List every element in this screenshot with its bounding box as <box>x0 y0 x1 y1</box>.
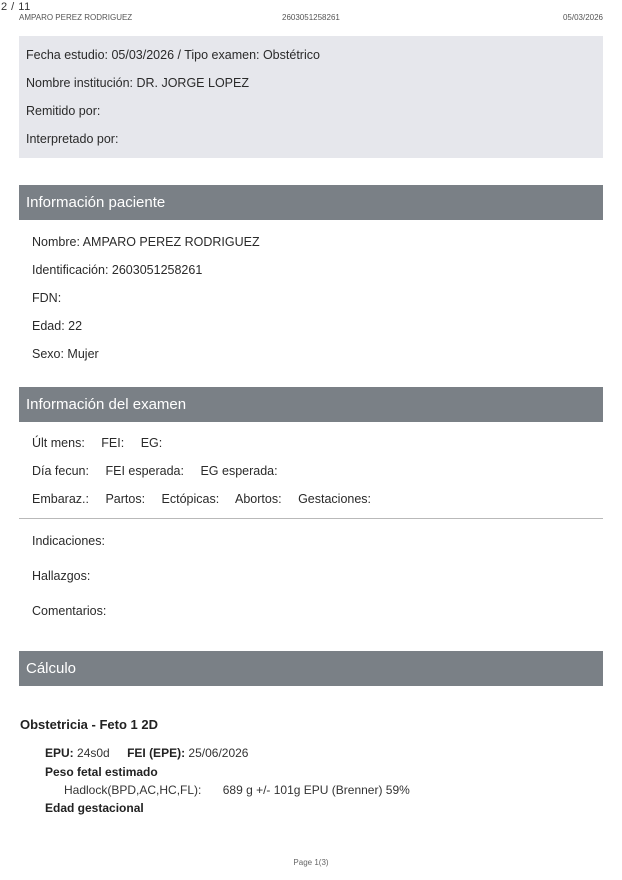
page-counter: 2 / 11 <box>1 1 31 13</box>
header-patient-name: AMPARO PEREZ RODRIGUEZ <box>19 13 132 22</box>
patient-id: Identificación: 2603051258261 <box>32 263 202 277</box>
study-summary-box: Fecha estudio: 05/03/2026 / Tipo examen:… <box>19 36 603 158</box>
study-date-type: Fecha estudio: 05/03/2026 / Tipo examen:… <box>26 48 320 62</box>
field-abortos: Abortos: <box>235 492 282 506</box>
field-dia-fecun: Día fecun: <box>32 464 89 478</box>
field-ectopicas: Ectópicas: <box>162 492 220 506</box>
edad-gestacional-heading: Edad gestacional <box>45 801 144 815</box>
exam-row-fecundation: Día fecun: FEI esperada: EG esperada: <box>32 464 291 478</box>
section-header-exam-info: Información del examen <box>19 387 603 422</box>
field-indicaciones: Indicaciones: <box>32 534 105 548</box>
exam-row-obstetric-history: Embaraz.: Partos: Ectópicas: Abortos: Ge… <box>32 492 384 506</box>
patient-age: Edad: 22 <box>32 319 82 333</box>
peso-heading-text: Peso fetal estimado <box>45 765 158 779</box>
fei-epe-label: FEI (EPE): <box>127 746 185 760</box>
header-patient-id: 2603051258261 <box>282 13 340 22</box>
section-header-calculo: Cálculo <box>19 651 603 686</box>
fei-epe-value: 25/06/2026 <box>188 746 248 760</box>
header-date: 05/03/2026 <box>563 13 603 22</box>
field-partos: Partos: <box>105 492 145 506</box>
field-comentarios: Comentarios: <box>32 604 106 618</box>
field-fei: FEI: <box>101 436 124 450</box>
hadlock-line: Hadlock(BPD,AC,HC,FL): 689 g +/- 101g EP… <box>64 783 410 797</box>
institution-name: Nombre institución: DR. JORGE LOPEZ <box>26 76 249 90</box>
hadlock-value: 689 g +/- 101g EPU (Brenner) 59% <box>223 783 410 797</box>
field-eg-esperada: EG esperada: <box>200 464 277 478</box>
section-divider <box>19 518 603 519</box>
report-header: AMPARO PEREZ RODRIGUEZ 2603051258261 05/… <box>19 13 603 25</box>
calc-subtitle: Obstetricia - Feto 1 2D <box>20 717 158 732</box>
peso-heading: Peso fetal estimado <box>45 765 158 779</box>
field-hallazgos: Hallazgos: <box>32 569 90 583</box>
epu-value: 24s0d <box>77 746 110 760</box>
field-gestaciones: Gestaciones: <box>298 492 371 506</box>
referred-by: Remitido por: <box>26 104 100 118</box>
field-ult-mens: Últ mens: <box>32 436 85 450</box>
page-footer: Page 1(3) <box>0 858 622 867</box>
field-eg: EG: <box>141 436 163 450</box>
interpreted-by: Interpretado por: <box>26 132 118 146</box>
section-header-patient-info: Información paciente <box>19 185 603 220</box>
edad-heading-text: Edad gestacional <box>45 801 144 815</box>
patient-dob: FDN: <box>32 291 61 305</box>
calc-epu-fei-line: EPU: 24s0d FEI (EPE): 25/06/2026 <box>45 746 248 760</box>
field-fei-esperada: FEI esperada: <box>105 464 184 478</box>
hadlock-label: Hadlock(BPD,AC,HC,FL): <box>64 783 201 797</box>
patient-name: Nombre: AMPARO PEREZ RODRIGUEZ <box>32 235 260 249</box>
patient-sex: Sexo: Mujer <box>32 347 99 361</box>
epu-label: EPU: <box>45 746 74 760</box>
exam-row-lmp: Últ mens: FEI: EG: <box>32 436 175 450</box>
field-embarazos: Embaraz.: <box>32 492 89 506</box>
